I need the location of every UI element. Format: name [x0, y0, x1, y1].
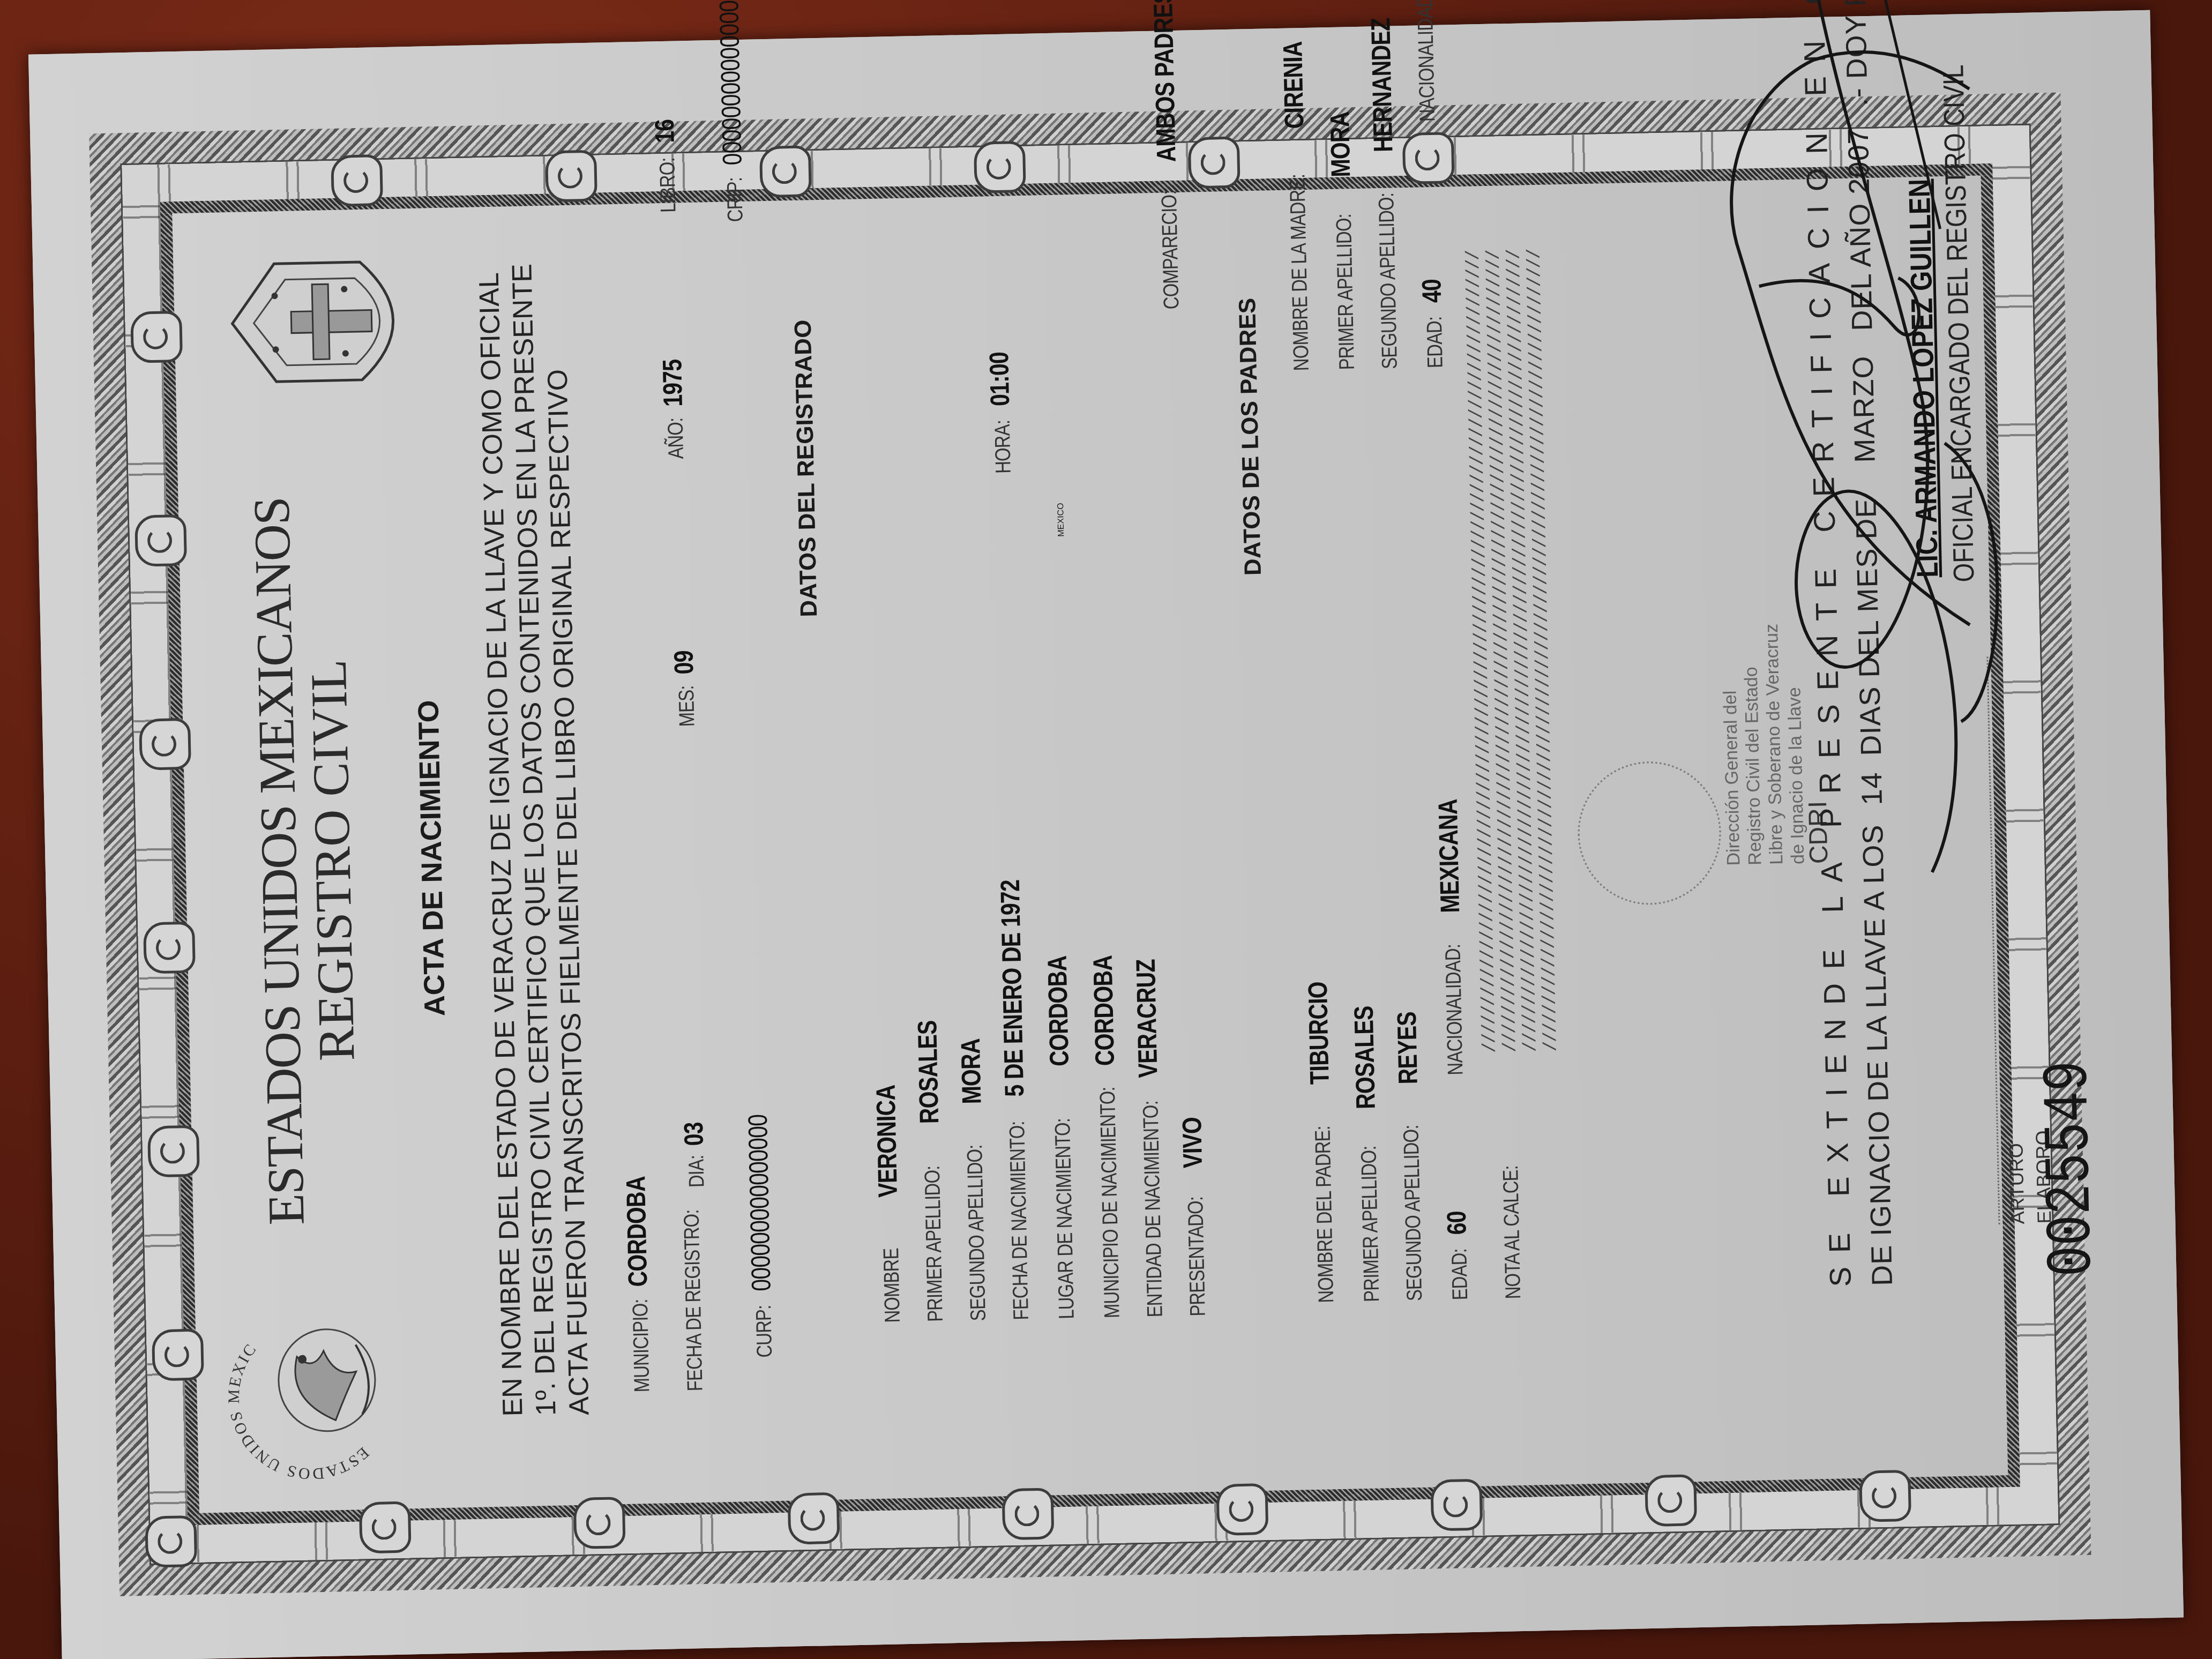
padre-nacionalidad-field: NACIONALIDAD: MEXICANA — [1432, 774, 1469, 1075]
certificate-content: ESTADOS UNIDOS MEXICANOS ESTADOS UNIDOS … — [193, 191, 1987, 1498]
padre-edad-field: EDAD: 60 — [1441, 1206, 1474, 1301]
nota-al-calce-label: NOTA AL CALCE: — [1498, 1136, 1526, 1299]
scroll-ornament-icon — [1002, 1488, 1054, 1540]
padre-primer-apellido-field: PRIMER APELLIDO: ROSALES — [1348, 983, 1385, 1302]
registrado-presentado-field: PRESENTADO: VIVO — [1176, 1105, 1212, 1317]
anio-field: AÑO: 1975 — [656, 349, 690, 460]
municipio-field: MUNICIPIO: CORDOBA — [619, 1152, 655, 1393]
scroll-ornament-icon — [130, 311, 183, 363]
registrado-nombre-field: NOMBRE VERONICA — [870, 1060, 906, 1323]
scroll-ornament-icon — [974, 141, 1026, 193]
scroll-ornament-icon — [1859, 1470, 1911, 1522]
crip-field: CRIP: 000000000000000 — [712, 0, 749, 222]
registrado-comparecio-field: COMPARECIO: AMBOS PADRES — [1146, 0, 1185, 310]
scroll-ornament-icon — [331, 154, 383, 207]
padre-nombre-field: NOMBRE DEL PADRE: TIBURCIO — [1302, 959, 1340, 1303]
registrado-fecha-nacimiento-field: FECHA DE NACIMIENTO: 5 DE ENERO DE 1972 — [993, 832, 1035, 1320]
registrado-hora-field: HORA: 01:00 — [983, 340, 1017, 474]
registrado-primer-apellido-field: PRIMER APELLIDO: ROSALES — [911, 998, 949, 1322]
scroll-ornament-icon — [147, 1125, 200, 1178]
dia-field: DIA: 03 — [678, 1117, 711, 1188]
padres-section-title: DATOS DE LOS PADRES — [1234, 297, 1267, 576]
nota-al-calce-hatch-fill: ////////////////////////////////////////… — [1463, 250, 1561, 1053]
scroll-ornament-icon — [143, 922, 196, 974]
scroll-ornament-icon — [139, 718, 191, 771]
official-seal-stamp-icon — [1576, 760, 1723, 907]
registrado-municipio-nacimiento-field: MUNICIPIO DE NACIMIENTO: CORDOBA — [1087, 931, 1126, 1318]
madre-primer-apellido-field: PRIMER APELLIDO: MORA — [1324, 98, 1361, 371]
scroll-ornament-icon — [359, 1501, 412, 1553]
mes-field: MES: 09 — [668, 645, 700, 727]
scroll-ornament-icon — [573, 1497, 626, 1549]
scroll-ornament-icon — [1430, 1479, 1483, 1531]
registrado-section-title: DATOS DEL REGISTRADO — [790, 319, 823, 617]
elaboro-name: ARTURO — [2005, 1143, 2029, 1224]
registrado-lugar-nacimiento-field: LUGAR DE NACIMIENTO: CORDOBA — [1041, 931, 1080, 1319]
birth-certificate-page: ESTADOS UNIDOS MEXICANOS ESTADOS UNIDOS … — [28, 10, 2184, 1659]
scroll-ornament-icon — [1216, 1483, 1268, 1536]
registrado-entidad-nacimiento-field: ENTIDAD DE NACIMIENTO: VERACRUZ — [1130, 933, 1169, 1318]
padre-segundo-apellido-field: SEGUNDO APELLIDO: REYES — [1391, 996, 1428, 1302]
registrado-pais: MEXICO — [1056, 503, 1066, 536]
certification-preamble: EN NOMBRE DEL ESTADO DE VERACRUZ DE IGNA… — [472, 236, 596, 1417]
scroll-ornament-icon — [145, 1515, 197, 1568]
libro-field: LIBRO: 16 — [649, 114, 682, 213]
curp-field: CURP: 000000000000000 — [741, 1075, 778, 1358]
madre-edad-field: EDAD: 40 — [1416, 274, 1449, 369]
registrado-segundo-apellido-field: SEGUNDO APELLIDO: MORA — [954, 1024, 992, 1321]
scroll-ornament-icon — [152, 1328, 204, 1381]
scroll-ornament-icon — [1645, 1474, 1697, 1527]
madre-nacionalidad-field: NACIONALIDAD: MEXICANA — [1403, 0, 1441, 122]
scroll-ornament-icon — [788, 1492, 840, 1545]
scroll-ornament-icon — [759, 145, 812, 198]
folio-number: 0025549 — [2032, 1060, 2110, 1277]
scroll-ornament-icon — [1188, 137, 1240, 189]
scroll-ornament-icon — [134, 514, 187, 567]
fecha-registro-field: FECHA DE REGISTRO: — [679, 1170, 708, 1392]
scroll-ornament-icon — [545, 150, 597, 203]
scroll-ornament-icon — [1402, 132, 1455, 184]
